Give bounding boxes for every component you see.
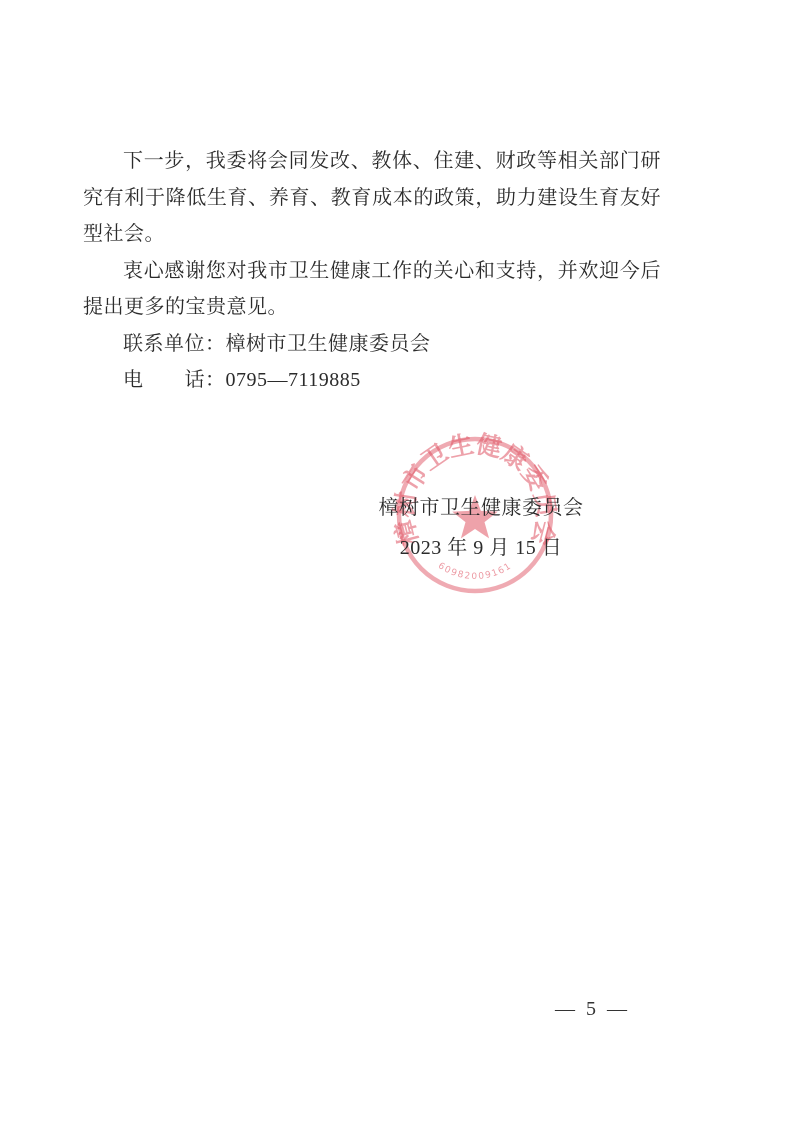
page-number: — 5 — bbox=[555, 998, 630, 1021]
contact-unit-line: 联系单位：樟树市卫生健康委员会 bbox=[83, 326, 661, 363]
signature-date: 2023 年 9 月 15 日 bbox=[370, 528, 592, 568]
paragraph-next-steps: 下一步，我委将会同发改、教体、住建、财政等相关部门研究有利于降低生育、养育、教育… bbox=[83, 143, 661, 253]
contact-phone-line: 电 话：0795—7119885 bbox=[83, 362, 661, 399]
contact-unit-label: 联系单位： bbox=[123, 333, 226, 355]
signature-org: 樟树市卫生健康委员会 bbox=[370, 488, 592, 528]
signature-block: 樟树市卫生健康委员会 2023 年 9 月 15 日 bbox=[370, 488, 592, 568]
paragraph-thanks: 衷心感谢您对我市卫生健康工作的关心和支持，并欢迎今后提出更多的宝贵意见。 bbox=[83, 253, 661, 326]
contact-phone-value: 0795—7119885 bbox=[226, 369, 361, 391]
letter-body: 下一步，我委将会同发改、教体、住建、财政等相关部门研究有利于降低生育、养育、教育… bbox=[83, 143, 661, 399]
contact-phone-label: 电 话： bbox=[123, 369, 226, 391]
document-page: 下一步，我委将会同发改、教体、住建、财政等相关部门研究有利于降低生育、养育、教育… bbox=[0, 0, 793, 1122]
contact-unit-value: 樟树市卫生健康委员会 bbox=[226, 333, 431, 355]
